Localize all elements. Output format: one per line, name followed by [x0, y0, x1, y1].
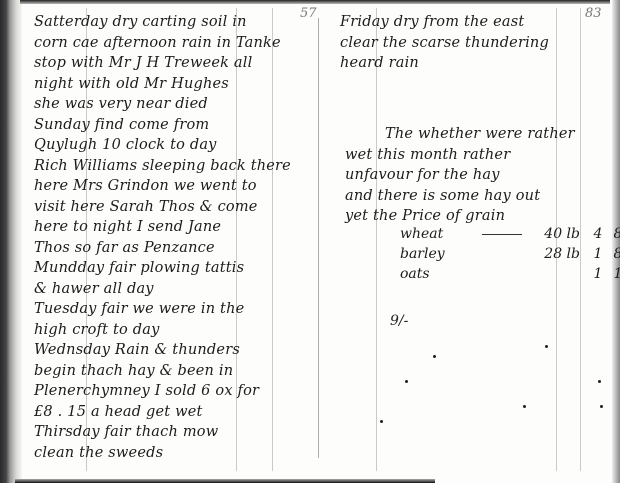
monthly-summary: The whether were rather wet this month r…	[345, 124, 575, 227]
diary-line: night with old Mr Hughes	[34, 74, 291, 95]
diary-line: visit here Sarah Thos & come	[34, 197, 291, 218]
diary-line: Sunday find come from	[34, 115, 291, 136]
page-gutter	[318, 18, 322, 458]
diary-line: begin thach hay & been in	[34, 361, 291, 382]
left-page-text: Satterday dry carting soil in corn cae a…	[34, 12, 291, 463]
diary-line: Satterday dry carting soil in	[34, 12, 291, 33]
diary-line: Quylugh 10 clock to day	[34, 135, 291, 156]
diary-line: here to night I send Jane	[34, 217, 291, 238]
grain-shillings: 4	[588, 226, 608, 242]
diary-line: she was very near died	[34, 94, 291, 115]
diary-line: Rich Williams sleeping back there	[34, 156, 291, 177]
margin-note: 9/-	[390, 313, 408, 329]
grain-measure: 28 lb	[528, 246, 588, 262]
page-top-edge	[20, 0, 610, 4]
grain-shillings: 1	[588, 266, 608, 282]
ruled-column-line	[376, 8, 377, 471]
diary-line: Thirsday fair thach mow	[34, 422, 291, 443]
grain-name: oats	[400, 266, 482, 282]
right-page-number: 83	[585, 6, 602, 21]
grain-pence: 1	[608, 266, 620, 282]
grain-pence: 8	[608, 246, 620, 262]
grain-shillings: 1	[588, 246, 608, 262]
page-bottom-edge	[15, 479, 435, 483]
diary-line: £8 . 15 a head get wet	[34, 402, 291, 423]
ink-speck	[380, 420, 383, 423]
diary-line: Friday dry from the east	[340, 12, 549, 33]
diary-line: Wednsday Rain & thunders	[34, 340, 291, 361]
grain-measure: 40 lb	[528, 226, 588, 242]
diary-line: corn cae afternoon rain in Tanke	[34, 33, 291, 54]
dash-line	[482, 234, 522, 235]
diary-line: Mundday fair plowing tattis	[34, 258, 291, 279]
diary-line: heard rain	[340, 53, 549, 74]
grain-row-oats: oats 1 1	[400, 264, 620, 284]
book-spine-shadow	[0, 0, 22, 483]
diary-line: clean the sweeds	[34, 443, 291, 464]
diary-line: high croft to day	[34, 320, 291, 341]
diary-line: & hawer all day	[34, 279, 291, 300]
ink-speck	[405, 380, 408, 383]
grain-name: barley	[400, 246, 482, 262]
ink-speck	[600, 405, 603, 408]
diary-line: Tuesday fair we were in the	[34, 299, 291, 320]
diary-line: Plenerchymney I sold 6 ox for	[34, 381, 291, 402]
diary-line: and there is some hay out	[345, 186, 575, 207]
ink-speck	[545, 345, 548, 348]
diary-line: clear the scarse thundering	[340, 33, 549, 54]
diary-line: unfavour for the hay	[345, 165, 575, 186]
ink-speck	[598, 380, 601, 383]
left-page-number: 57	[300, 6, 317, 21]
grain-row-wheat: wheat 40 lb 4 8	[400, 224, 620, 244]
ink-speck	[523, 405, 526, 408]
diary-line: The whether were rather	[345, 124, 575, 145]
diary-line: wet this month rather	[345, 145, 575, 166]
diary-line: Thos so far as Penzance	[34, 238, 291, 259]
grain-name: wheat	[400, 226, 482, 242]
grain-price-table: wheat 40 lb 4 8 barley 28 lb 1 8 oats 1 …	[400, 224, 620, 284]
diary-line: stop with Mr J H Treweek all	[34, 53, 291, 74]
ink-speck	[433, 355, 436, 358]
diary-line: here Mrs Grindon we went to	[34, 176, 291, 197]
grain-pence: 8	[608, 226, 620, 242]
grain-row-barley: barley 28 lb 1 8	[400, 244, 620, 264]
right-page-entry: Friday dry from the east clear the scars…	[340, 12, 549, 74]
diary-spread: 57 83 Satterday dry carting soil in corn…	[0, 0, 620, 483]
